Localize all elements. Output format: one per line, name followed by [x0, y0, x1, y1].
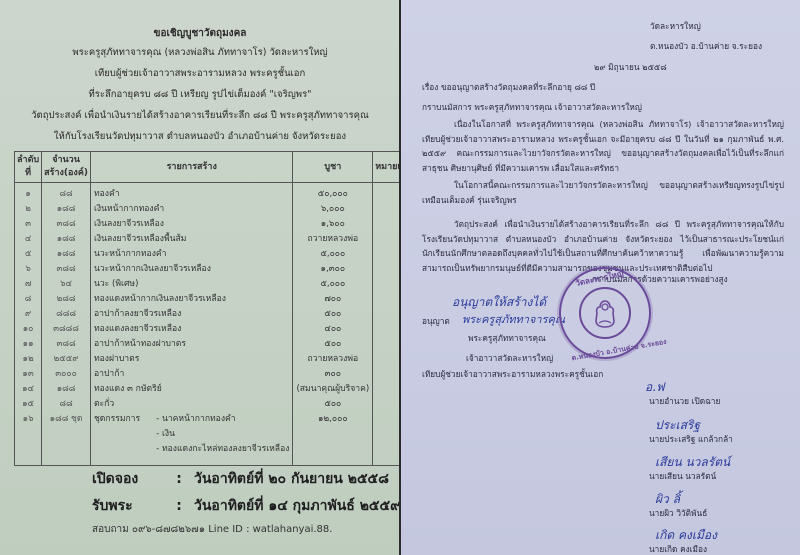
row-number: ๑๔	[15, 382, 42, 397]
letter-salutation: กราบนมัสการ พระครูสุภัททาจารคุณ เจ้าอาวา…	[422, 100, 642, 114]
row-item-name: ทองแดง ๓ กษัตริย์	[90, 382, 292, 397]
flyer-purpose-school: ให้กับโรงเรียนวัดปทุมาวาส ตำบลหนองบัว อำ…	[0, 129, 400, 144]
signatory-name: นายประเสริฐ แกล้วกล้า	[649, 432, 733, 446]
flyer-title: ขอเชิญบูชาวัตถุมงคล	[0, 26, 400, 41]
flyer-subtitle-rank: เทียบผู้ช่วยเจ้าอาวาสพระอารามหลวง พระครู…	[0, 66, 400, 81]
signatory-name: นายอำนวย เปิดฉาย	[649, 394, 720, 408]
approval-label: อนุญาต	[422, 314, 450, 328]
table-row: ๖๓๘๘นวะหน้ากากเงินลงยาจีวรเหลือง๑,๓๐๐	[15, 262, 415, 277]
table-row: ๒๑๘๘เงินหน้ากากทองคำ๖,๐๐๐	[15, 202, 415, 217]
row-price: ๓๐๐	[293, 367, 373, 382]
row-price: ๕,๐๐๐	[293, 277, 373, 292]
letter-address: ต.หนองบัว อ.บ้านค่าย จ.ระยอง	[650, 39, 762, 53]
row-quantity: ๒๕๕๙	[42, 352, 91, 367]
row-quantity: ๓๘๘	[42, 217, 91, 232]
table-row: ๑๓๓๐๐๐อาปาก้า๓๐๐	[15, 367, 415, 382]
buddha-icon	[594, 299, 616, 329]
header-item-name: รายการสร้าง	[90, 152, 292, 183]
letter-paragraph-2: ในโอกาสนี้คณะกรรมการและไวยาวัจกรวัดละหาร…	[422, 178, 784, 207]
sub-item: - ทองแดงกะไหล่ทองลงยาจีวรเหลือง	[156, 442, 289, 457]
row-number: ๑	[15, 183, 42, 203]
item-name-text: ทองฝาบาตร	[94, 354, 139, 364]
table-header-row: ลำดับที่ จำนวนสร้าง(องค์) รายการสร้าง บู…	[15, 152, 415, 183]
row-price: ๑,๓๐๐	[293, 262, 373, 277]
row-item-name: นวะ (พิเศษ)	[90, 277, 292, 292]
item-name-text: ทองแดง ๓ กษัตริย์	[94, 384, 162, 394]
signatory-name: นายผิว วิวัติพันธ์	[649, 506, 707, 520]
table-row: ๔๑๘๘เงินลงยาจีวรเหลืองพื้นส้มถวายหลวงพ่อ	[15, 232, 415, 247]
row-quantity: ๓๘๘๘	[42, 322, 91, 337]
receive-date-row: รับพระ:วันอาทิตย์ที่ ๑๔ กุมภาพันธ์ ๒๕๕๙	[92, 495, 400, 517]
item-name-text: อาปาก้าหน้าทองฝาบาตร	[94, 339, 186, 349]
row-quantity: ๖๔	[42, 277, 91, 292]
row-number: ๑๖	[15, 412, 42, 466]
row-item-name: เงินลงยาจีวรเหลืองพื้นส้ม	[90, 232, 292, 247]
approval-name: พระครูสุภัททาจารคุณ	[468, 331, 546, 345]
items-table: ลำดับที่ จำนวนสร้าง(องค์) รายการสร้าง บู…	[14, 151, 415, 466]
approval-position: เจ้าอาวาสวัดละหารใหญ่	[466, 351, 553, 365]
approval-position-2: เทียบผู้ช่วยเจ้าอาวาสพระอารามหลวงพระครูช…	[422, 367, 603, 381]
row-quantity: ๑๘๘	[42, 232, 91, 247]
header-qty: จำนวนสร้าง(องค์)	[42, 152, 91, 183]
item-name-text: นวะหน้ากากทองคำ	[94, 249, 167, 259]
row-item-name: ทองแดงลงยาจีวรเหลือง	[90, 322, 292, 337]
table-row: ๑๒๒๕๕๙ทองฝาบาตรถวายหลวงพ่อ	[15, 352, 415, 367]
row-item-name: นวะหน้ากากเงินลงยาจีวรเหลือง	[90, 262, 292, 277]
item-name-text: ตะกั่ว	[94, 399, 114, 409]
row-number: ๑๑	[15, 337, 42, 352]
row-item-name: เงินหน้ากากทองคำ	[90, 202, 292, 217]
row-item-name: ชุดกรรมการ- นาคหน้ากากทองคำ- เงิน- ทองแด…	[90, 412, 292, 466]
row-item-name: เงินลงยาจีวรเหลือง	[90, 217, 292, 232]
temple-stamp: วัดละหารใหญ่ ต.หนองบัว อ.บ้านค่าย จ.ระยอ…	[559, 267, 651, 359]
row-price: ๕๐,๐๐๐	[293, 183, 373, 203]
row-number: ๕	[15, 247, 42, 262]
flyer-subtitle-monk: พระครูสุภัททาจารคุณ (หลวงพ่อสิน ภัททาจาโ…	[0, 45, 400, 60]
row-item-name: ทองฝาบาตร	[90, 352, 292, 367]
table-row: ๑๕๘๘ตะกั่ว๕๐๐	[15, 397, 415, 412]
item-name-text: เงินหน้ากากทองคำ	[94, 204, 164, 214]
item-name-text: เงินลงยาจีวรเหลือง	[94, 219, 164, 229]
stamp-inner-circle	[579, 287, 631, 339]
item-name-text: อาปาก้าลงยาจีวรเหลือง	[94, 309, 181, 319]
table-row: ๓๓๘๘เงินลงยาจีวรเหลือง๑,๖๐๐	[15, 217, 415, 232]
row-price: ๑,๖๐๐	[293, 217, 373, 232]
row-number: ๗	[15, 277, 42, 292]
signatory-name: นายเสียน นวลรัตน์	[649, 469, 716, 483]
sub-item: - นาคหน้ากากทองคำ	[156, 412, 289, 427]
item-name-text: นวะ (พิเศษ)	[94, 279, 138, 289]
row-item-name: ทองคำ	[90, 183, 292, 203]
receive-value: วันอาทิตย์ที่ ๑๔ กุมภาพันธ์ ๒๕๕๙	[194, 495, 400, 517]
row-quantity: ๓๐๐๐	[42, 367, 91, 382]
row-price: ๔๐๐	[293, 322, 373, 337]
row-quantity: ๘๘๘	[42, 307, 91, 322]
row-price: ๕๐๐	[293, 397, 373, 412]
row-price: ๕๐๐	[293, 337, 373, 352]
table-row: ๘๒๘๘ทองแดงหน้ากากเงินลงยาจีวรเหลือง๗๐๐	[15, 292, 415, 307]
booking-date-row: เปิดจอง:วันอาทิตย์ที่ ๒๐ กันยายน ๒๕๕๘	[92, 468, 389, 490]
item-name-text: ทองคำ	[94, 189, 120, 199]
row-quantity: ๓๘๘	[42, 337, 91, 352]
table-row: ๑๖๑๘๘ ชุดชุดกรรมการ- นาคหน้ากากทองคำ- เง…	[15, 412, 415, 466]
left-document-page: ขอเชิญบูชาวัตถุมงคล พระครูสุภัททาจารคุณ …	[0, 0, 400, 555]
flyer-subtitle-coin: ที่ระลึกอายุครบ ๘๘ ปี เหรียญ รูปไข่เต็มอ…	[0, 87, 400, 102]
table-row: ๕๑๘๘นวะหน้ากากทองคำ๕,๐๐๐	[15, 247, 415, 262]
row-number: ๔	[15, 232, 42, 247]
row-number: ๒	[15, 202, 42, 217]
flyer-purpose: วัตถุประสงค์ เพื่อนำเงินรายได้สร้างอาคาร…	[0, 108, 400, 123]
item-name-text: เงินลงยาจีวรเหลืองพื้นส้ม	[94, 234, 186, 244]
signatory-name: นายเกิด คงเมือง	[649, 542, 707, 555]
item-name-text: ชุดกรรมการ	[94, 414, 140, 424]
receive-label: รับพระ	[92, 495, 164, 517]
item-name-text: อาปาก้า	[94, 369, 124, 379]
row-quantity: ๑๘๘	[42, 202, 91, 217]
item-name-text: ทองแดงหน้ากากเงินลงยาจีวรเหลือง	[94, 294, 226, 304]
letter-date: ๒๙ มิถุนายน ๒๕๕๘	[594, 60, 667, 74]
item-name-text: นวะหน้ากากเงินลงยาจีวรเหลือง	[94, 264, 211, 274]
row-price: ถวายหลวงพ่อ	[293, 352, 373, 367]
row-price: ๖,๐๐๐	[293, 202, 373, 217]
row-quantity: ๑๘๘	[42, 382, 91, 397]
row-quantity: ๓๘๘	[42, 262, 91, 277]
row-quantity: ๘๘	[42, 397, 91, 412]
row-price: ๕,๐๐๐	[293, 247, 373, 262]
row-item-name: นวะหน้ากากทองคำ	[90, 247, 292, 262]
booking-colon: :	[164, 471, 194, 487]
row-number: ๙	[15, 307, 42, 322]
row-price: ๕๐๐	[293, 307, 373, 322]
row-price: ๗๐๐	[293, 292, 373, 307]
sub-items-list: - นาคหน้ากากทองคำ- เงิน- ทองแดงกะไหล่ทอง…	[156, 412, 289, 457]
row-item-name: ทองแดงหน้ากากเงินลงยาจีวรเหลือง	[90, 292, 292, 307]
row-number: ๖	[15, 262, 42, 277]
approval-signature-name: พระครูสุภัททาจารคุณ	[462, 310, 565, 328]
row-price: ๑๒,๐๐๐	[293, 412, 373, 466]
sub-item: - เงิน	[156, 427, 289, 442]
row-item-name: อาปาก้า	[90, 367, 292, 382]
row-quantity: ๘๘	[42, 183, 91, 203]
row-item-name: ตะกั่ว	[90, 397, 292, 412]
contact-info: สอบถาม ๐๙๖-๘๗๘๒๖๗๑ Line ID : watlahanyai…	[92, 522, 332, 537]
item-name-text: ทองแดงลงยาจีวรเหลือง	[94, 324, 181, 334]
letter-paragraph-1: เนื่องในโอกาสที่ พระครูสุภัททาจารคุณ (หล…	[422, 117, 784, 175]
row-quantity: ๒๘๘	[42, 292, 91, 307]
row-quantity: ๑๘๘	[42, 247, 91, 262]
table-row: ๗๖๔นวะ (พิเศษ)๕,๐๐๐	[15, 277, 415, 292]
row-number: ๑๓	[15, 367, 42, 382]
table-row: ๑๔๑๘๘ทองแดง ๓ กษัตริย์(สมนาคุณผู้บริจาค)	[15, 382, 415, 397]
row-price: ถวายหลวงพ่อ	[293, 232, 373, 247]
row-number: ๑๒	[15, 352, 42, 367]
letter-org: วัดละหารใหญ่	[650, 19, 701, 33]
booking-label: เปิดจอง	[92, 468, 164, 490]
row-number: ๑๕	[15, 397, 42, 412]
header-no: ลำดับที่	[15, 152, 42, 183]
header-price: บูชา	[293, 152, 373, 183]
row-item-name: อาปาก้าลงยาจีวรเหลือง	[90, 307, 292, 322]
row-price: (สมนาคุณผู้บริจาค)	[293, 382, 373, 397]
row-number: ๑๐	[15, 322, 42, 337]
table-row: ๑๐๓๘๘๘ทองแดงลงยาจีวรเหลือง๔๐๐	[15, 322, 415, 337]
row-number: ๓	[15, 217, 42, 232]
table-row: ๙๘๘๘อาปาก้าลงยาจีวรเหลือง๕๐๐	[15, 307, 415, 322]
letter-subject: เรื่อง ขออนุญาตสร้างวัตถุมงคลที่ระลึกอาย…	[422, 80, 595, 94]
booking-value: วันอาทิตย์ที่ ๒๐ กันยายน ๒๕๕๘	[194, 468, 389, 490]
row-item-name: อาปาก้าหน้าทองฝาบาตร	[90, 337, 292, 352]
table-row: ๑๑๓๘๘อาปาก้าหน้าทองฝาบาตร๕๐๐	[15, 337, 415, 352]
row-number: ๘	[15, 292, 42, 307]
receive-colon: :	[164, 498, 194, 514]
row-quantity: ๑๘๘ ชุด	[42, 412, 91, 466]
table-row: ๑๘๘ทองคำ๕๐,๐๐๐	[15, 183, 415, 203]
